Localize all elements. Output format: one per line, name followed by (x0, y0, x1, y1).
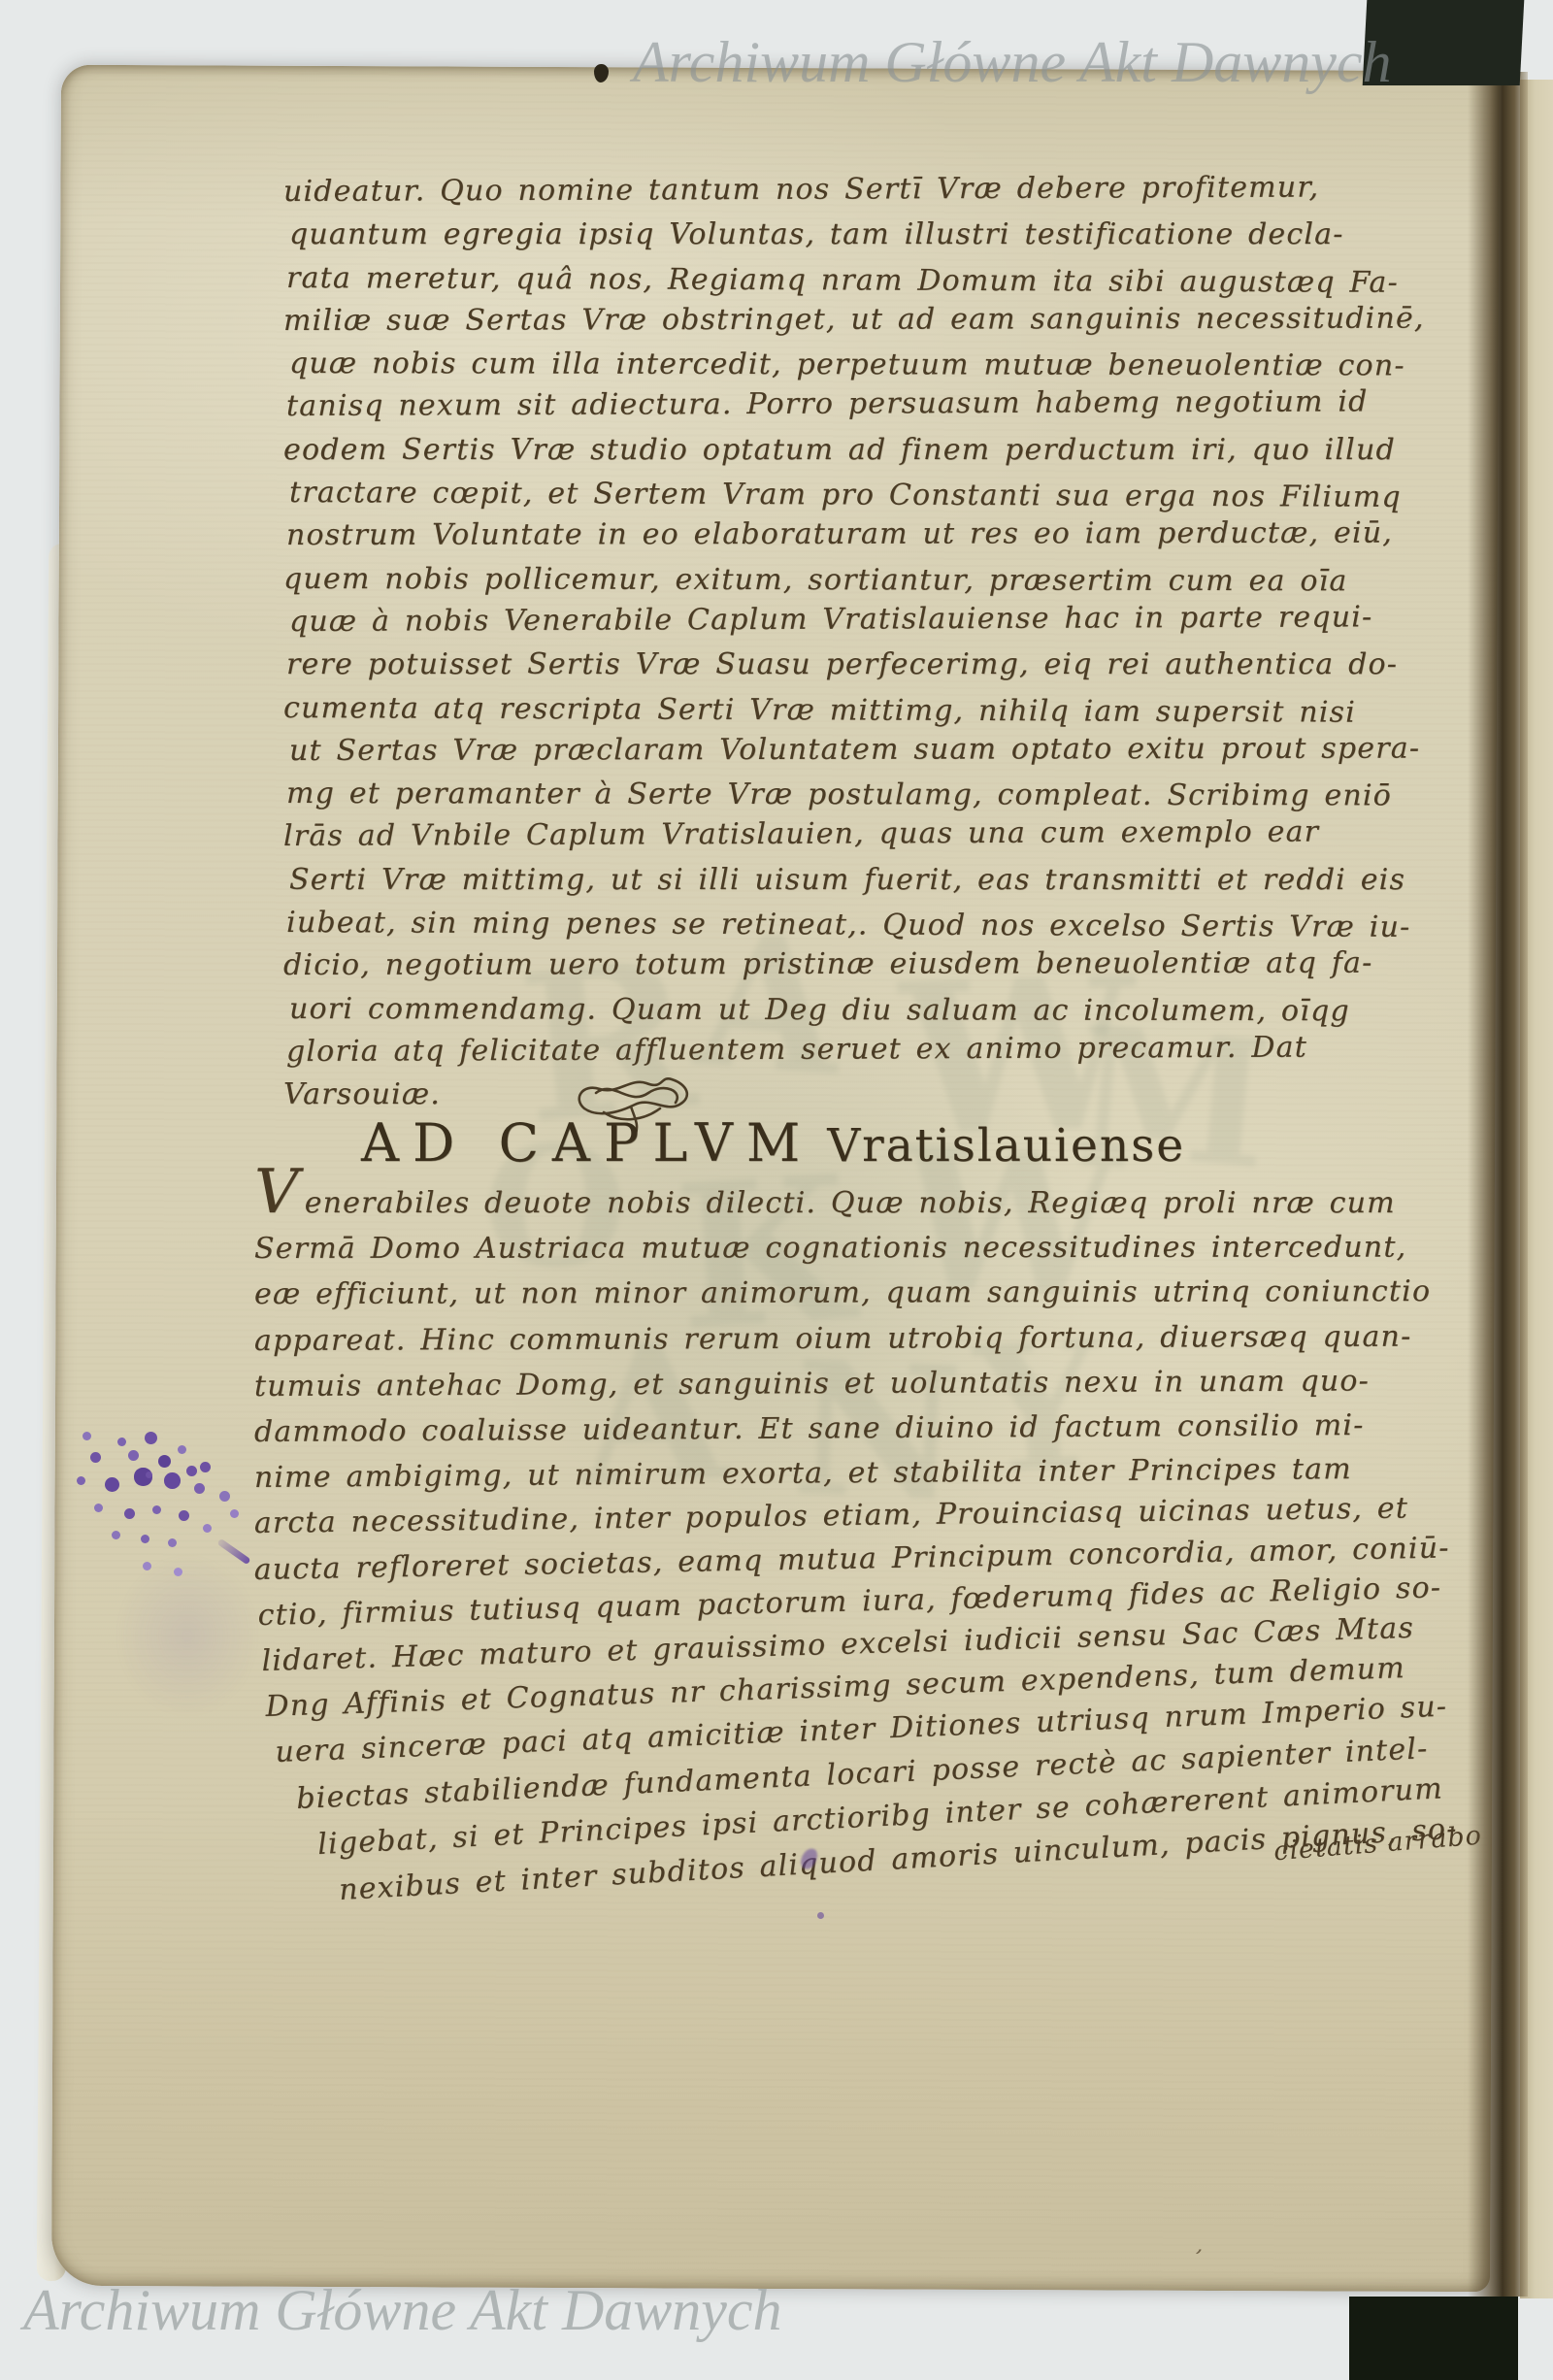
manuscript-line: lrās ad Vnbile Caplum Vratislauien, quas… (283, 811, 1425, 859)
purple-stamp-ghost (115, 1553, 260, 1718)
manuscript-line: quantum egregia ipsiq Voluntas, tam illu… (289, 214, 1425, 256)
binding-gutter (1468, 72, 1528, 2297)
section-heading: AD CAPLVMVratislauiense (361, 1112, 1185, 1173)
manuscript-line: Sermā Domo Austriaca mutuæ cognationis n… (254, 1225, 1460, 1273)
manuscript-line: ut Sertas Vræ præclaram Voluntatem suam … (289, 727, 1425, 773)
paragraph-2: Venerabiles deuote nobis dilecti. Quæ no… (254, 1180, 1460, 1913)
black-tab-bottom (1349, 2297, 1518, 2380)
black-tab-top (1363, 0, 1525, 85)
manuscript-line: nostrum Voluntate in eo elaboraturam ut … (286, 512, 1425, 558)
heading-rest: Vratislauiense (827, 1119, 1185, 1173)
manuscript-line: tanisq nexum sit adiectura. Porro persua… (286, 381, 1425, 429)
manuscript-line: dicio, negotium uero totum pristinæ eius… (283, 942, 1425, 988)
manuscript-line: uideatur. Quo nomine tantum nos Sertī Vr… (283, 166, 1425, 214)
manuscript-line: gloria atq felicitate affluentem seruet … (286, 1026, 1425, 1074)
manuscript-line: miliæ suæ Sertas Vræ obstringet, ut ad e… (283, 297, 1425, 343)
manuscript-line: appareat. Hinc communis rerum oium utrob… (254, 1313, 1460, 1364)
manuscript-line: Venerabiles deuote nobis dilecti. Quæ no… (254, 1180, 1460, 1226)
manuscript-line: Varsouiæ. (283, 1074, 1425, 1116)
manuscript-line: eodem Sertis Vræ studio optatum ad finem… (283, 429, 1425, 472)
manuscript-line: quæ à nobis Venerabile Caplum Vratislaui… (289, 596, 1425, 644)
paragraph-1: uideatur. Quo nomine tantum nos Sertī Vr… (283, 161, 1425, 1117)
manuscript-line: rere potuisset Sertis Vræ Suasu perfecer… (286, 644, 1425, 686)
ink-stain-cluster (146, 1471, 152, 1478)
heading-caps: AD CAPLVM (361, 1112, 813, 1173)
manuscript-line: eæ efficiunt, ut non minor animorum, qua… (254, 1269, 1460, 1317)
manuscript-line: tumuis antehac Domg, et sanguinis et uol… (254, 1358, 1460, 1409)
purple-ink-dot (817, 1912, 824, 1919)
manuscript-line: Serti Vræ mittimg, ut si illi uisum fuer… (289, 859, 1425, 902)
